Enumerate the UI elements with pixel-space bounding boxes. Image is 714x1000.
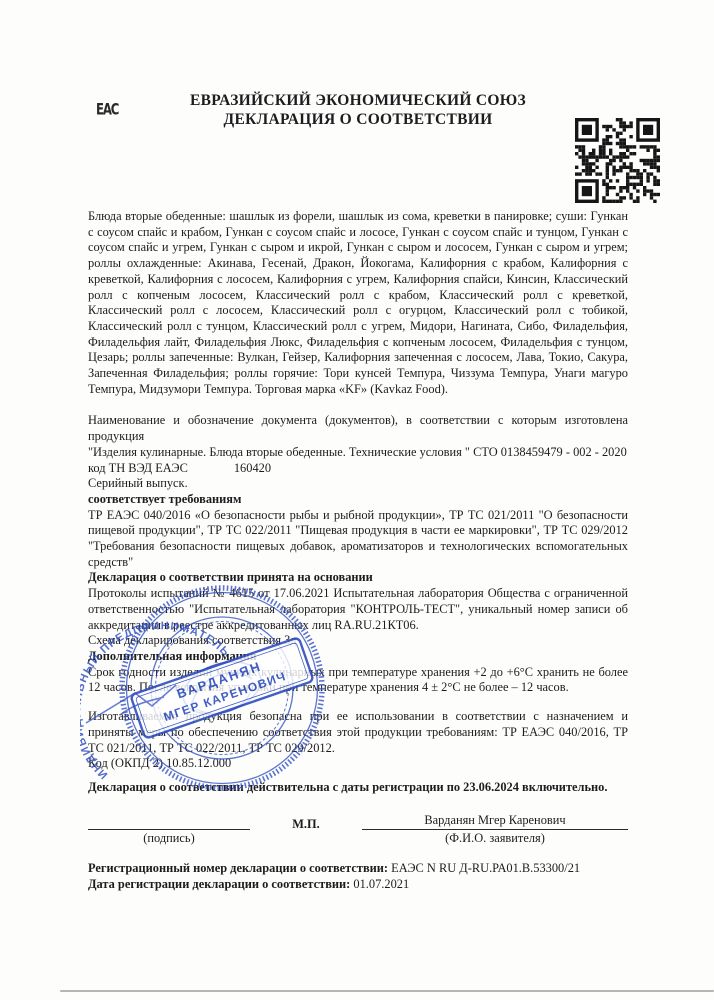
registration-number-label: Регистрационный номер декларации о соотв… (88, 861, 388, 875)
applicant-field: Варданян Мгер Каренович (Ф.И.О. заявител… (362, 813, 628, 847)
doc-value: "Изделия кулинарные. Блюда вторые обеден… (88, 445, 628, 461)
signature-line (88, 813, 250, 830)
regulations-text: ТР ЕАЭС 040/2016 «О безопасности рыбы и … (88, 508, 628, 571)
tnved-line: код ТН ВЭД ЕАЭС160420 (88, 461, 628, 477)
okpd-code: Код (ОКПД 2) 10.85.12.000 (88, 756, 628, 772)
complies-heading: соответствует требованиям (88, 492, 628, 508)
title-declaration: ДЕКЛАРАЦИЯ О СООТВЕТСТВИИ (88, 111, 628, 130)
serial-issue: Серийный выпуск. (88, 476, 628, 492)
registration-date-label: Дата регистрации декларации о соответств… (88, 877, 350, 891)
basis-text: Протоколы испытаний № 4615 от 17.06.2021… (88, 586, 628, 633)
doc-heading: Наименование и обозначение документа (до… (88, 413, 628, 444)
validity-statement: Декларация о соответствии действительна … (88, 780, 628, 796)
product-list: Блюда вторые обеденные: шашлык из форели… (88, 209, 628, 397)
signature-block: (подпись) М.П. Варданян Мгер Каренович (… (88, 813, 628, 847)
applicant-caption: (Ф.И.О. заявителя) (362, 830, 628, 847)
declaration-document: ЕАС ЕВРАЗИЙСКИЙ ЭКОНОМИЧЕСКИЙ СОЮЗ ДЕКЛА… (0, 0, 714, 1000)
tnved-label: код ТН ВЭД ЕАЭС (88, 461, 188, 475)
signature-caption: (подпись) (88, 830, 250, 847)
registration-date-value: 01.07.2021 (353, 877, 409, 891)
document-title: ЕВРАЗИЙСКИЙ ЭКОНОМИЧЕСКИЙ СОЮЗ ДЕКЛАРАЦИ… (88, 0, 628, 129)
registration-date-line: Дата регистрации декларации о соответств… (88, 877, 628, 893)
registration-number-value: ЕАЭС N RU Д-RU.РА01.В.53300/21 (391, 861, 580, 875)
scheme-line: Схема декларирования соответствия 3д (88, 633, 628, 649)
signature-field: (подпись) (88, 813, 250, 847)
registration-number-line: Регистрационный номер декларации о соотв… (88, 861, 628, 877)
tnved-code: 160420 (234, 461, 271, 477)
safety-text: Изготавливаемая продукция безопасна при … (88, 709, 628, 756)
stamp-place-label: М.П. (250, 817, 362, 847)
scan-artifact-line (60, 990, 714, 992)
applicant-name: Варданян Мгер Каренович (362, 813, 628, 830)
title-union: ЕВРАЗИЙСКИЙ ЭКОНОМИЧЕСКИЙ СОЮЗ (88, 92, 628, 111)
additional-text: Срок годности изделий мучных кулинарных … (88, 665, 628, 696)
additional-heading: Дополнительная информация (88, 649, 628, 665)
basis-heading: Декларация о соответствии принята на осн… (88, 570, 628, 586)
